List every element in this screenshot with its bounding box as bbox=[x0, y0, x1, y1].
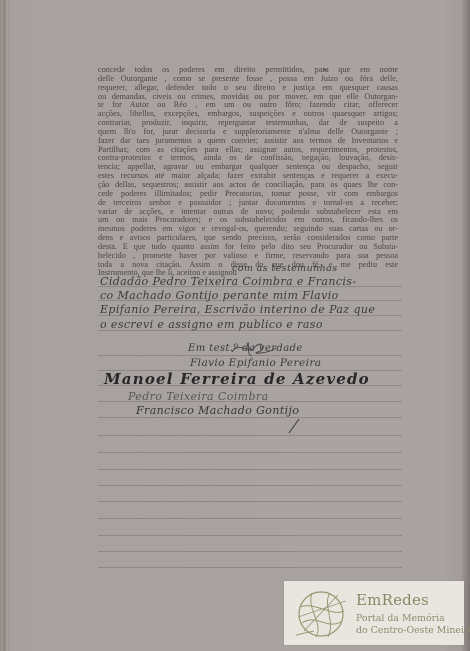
printed-line: ou demandas, civeis ou crimes, movidas o… bbox=[98, 93, 398, 102]
printed-line: te for Autor ou Réo , em um ou outro fôr… bbox=[98, 101, 398, 110]
printed-line: dens e avisos particulares, que sendo pr… bbox=[98, 234, 398, 243]
printed-line: contra-protestos e termos, ainda os de c… bbox=[98, 154, 398, 163]
printed-line: belecido , promette haver por valioso e … bbox=[98, 252, 398, 261]
page-right-edge bbox=[462, 0, 470, 651]
ruled-line bbox=[98, 535, 402, 536]
printed-line: Partilhas; com as citações para ellas; a… bbox=[98, 146, 398, 155]
ruled-line bbox=[98, 435, 402, 436]
printed-line: um ou mais Procuradores; e os substabele… bbox=[98, 216, 398, 225]
ruled-line bbox=[98, 417, 402, 418]
emredes-watermark: EmRedes Portal da Memória do Centro-Oest… bbox=[284, 581, 464, 645]
ruled-line bbox=[98, 501, 402, 502]
printed-line: quem lh'o for, jurar decisoria e supplet… bbox=[98, 128, 398, 137]
handwritten-line: co Machado Gontijo perante mim Flavio bbox=[100, 289, 339, 302]
printed-line: requerer, allegar, defender todo o seu d… bbox=[98, 84, 398, 93]
printed-line: concede todos os poderes em direito perm… bbox=[98, 66, 398, 75]
printed-form-text: concede todos os poderes em direito perm… bbox=[98, 66, 398, 278]
handwritten-continuation: com as testemunhas bbox=[232, 263, 337, 274]
printed-line: variar de acções, e intentar outras de n… bbox=[98, 208, 398, 217]
handwritten-line: Cidadão Pedro Teixeira Coimbra e Francis… bbox=[100, 275, 356, 288]
notary-flourish-icon bbox=[228, 338, 280, 358]
printed-line: desta. E que tudo quanto assim for feito… bbox=[98, 243, 398, 252]
ruled-line bbox=[98, 469, 402, 470]
ruled-line bbox=[98, 518, 402, 519]
printed-line: tencia; appellar, agravar ou embargar qu… bbox=[98, 163, 398, 172]
printed-line: mesmos poderes em vigor e revogal-os, qu… bbox=[98, 225, 398, 234]
ruled-line bbox=[98, 485, 402, 486]
signature-witness: Pedro Teixeira Coimbra bbox=[128, 390, 269, 403]
page-binding-line bbox=[8, 0, 9, 651]
printed-line: acções, libellos, excepções, embargos, s… bbox=[98, 110, 398, 119]
page-binding-edge bbox=[3, 0, 6, 651]
printed-line: ção dellas, sequestros; assistir aos act… bbox=[98, 181, 398, 190]
printed-line: estes recursos até maior alçada; fazer e… bbox=[98, 172, 398, 181]
watermark-subtitle: Portal da Memória bbox=[356, 613, 445, 624]
notary-name: Flavio Epifanio Pereira bbox=[190, 357, 321, 369]
ink-stroke-mark bbox=[287, 418, 301, 434]
signature-witness: Francisco Machado Gontijo bbox=[136, 404, 299, 417]
ruled-line bbox=[98, 567, 402, 568]
printed-line: delle Outorgante , como se presente foss… bbox=[98, 75, 398, 84]
globe-logo-icon bbox=[294, 587, 348, 641]
printed-line: cede poderes illimitados; pedir Precator… bbox=[98, 190, 398, 199]
handwritten-line: Epifanio Pereira, Escrivão interino de P… bbox=[100, 303, 375, 316]
printed-line: fazer dar taes juramentos a quem convier… bbox=[98, 137, 398, 146]
watermark-subtitle: do Centro-Oeste Mineiro bbox=[356, 625, 470, 636]
printed-line: de terceiros senhor e possuidor ; juntar… bbox=[98, 199, 398, 208]
ruled-line bbox=[98, 551, 402, 552]
printed-line: contrariar, produzir, inquirir, repergun… bbox=[98, 119, 398, 128]
watermark-title: EmRedes bbox=[356, 591, 429, 609]
ruled-line bbox=[98, 452, 402, 453]
document-page: concede todos os poderes em direito perm… bbox=[0, 0, 470, 651]
handwritten-line: o escrevi e assigno em publico e raso bbox=[100, 318, 323, 331]
signature-grantor: Manoel Ferreira de Azevedo bbox=[104, 370, 370, 388]
